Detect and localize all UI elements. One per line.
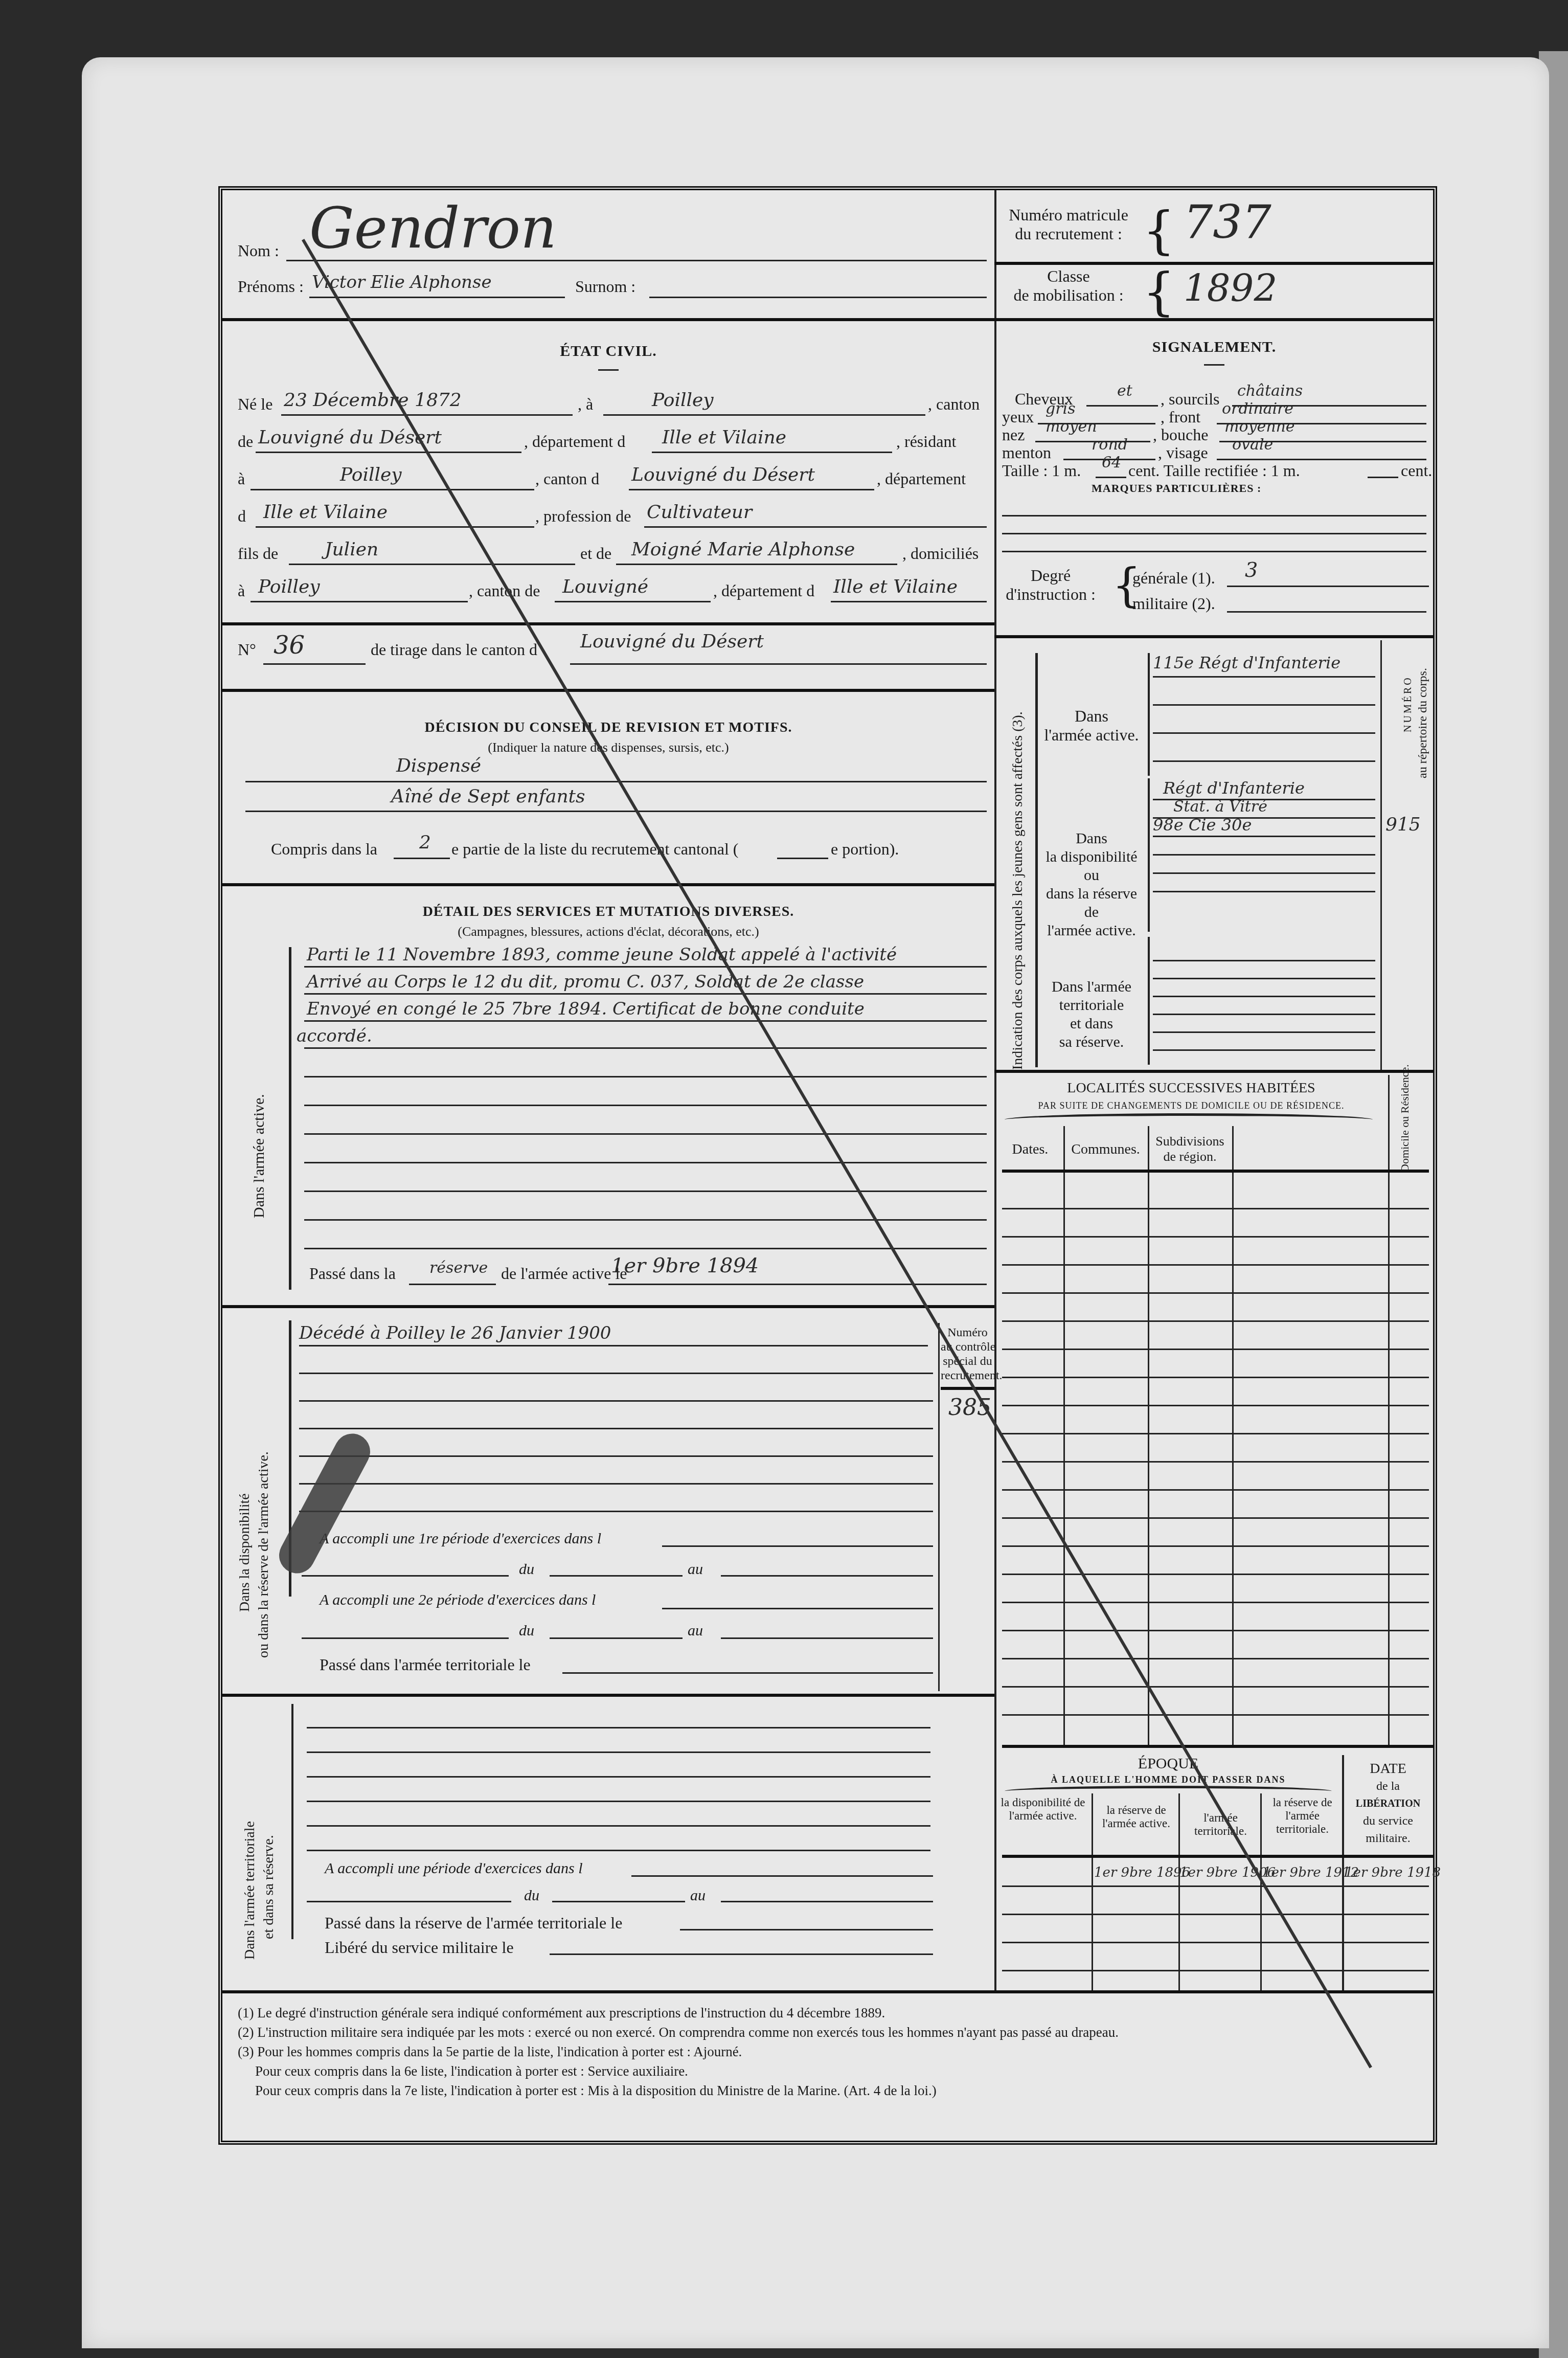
corps-dispo-label-1: Dans: [1040, 829, 1143, 848]
lieu-naissance: Poilley: [652, 390, 714, 411]
footnotes: (1) Le degré d'instruction générale sera…: [238, 2003, 1119, 2100]
epoque-col-disponibilite: la disponibilité de l'armée active.: [997, 1796, 1089, 1823]
controle-rule: [941, 1387, 994, 1390]
etat-civil-title: ÉTAT CIVIL.: [222, 343, 994, 360]
mere-line: [616, 564, 897, 565]
departement-naissance: Ille et Vilaine: [662, 427, 786, 448]
domicilies-label: , domiciliés: [902, 544, 979, 563]
services-brace: [289, 947, 291, 1290]
corps-active-rule-4: [1153, 760, 1375, 762]
mere: Moigné Marie Alphonse: [631, 539, 855, 560]
tirage-divider: [222, 689, 994, 692]
passe-territoriale-line: [562, 1672, 933, 1674]
localites-brace: [1005, 1113, 1373, 1126]
conseil-subtitle: (Indiquer la nature des dispenses, sursi…: [222, 740, 994, 755]
localites-row-rule: [1002, 1349, 1429, 1350]
footnote-2: (2) L'instruction militaire sera indiqué…: [238, 2023, 1119, 2042]
pere-line: [289, 564, 575, 565]
localites-row-rule: [1002, 1658, 1429, 1659]
signalement-rule: [1204, 364, 1224, 366]
col-subdivisions: Subdivisions de région.: [1148, 1134, 1232, 1164]
domicile-a-label: à: [238, 581, 245, 600]
profession-label: , profession de: [535, 507, 631, 526]
generale-label: générale (1).: [1132, 569, 1215, 588]
dispo-rule-4: [299, 1428, 933, 1429]
service-rule-1: [304, 966, 987, 968]
menton-value: rond: [1092, 436, 1128, 454]
generale-line: [1227, 586, 1429, 587]
passe-value-line: [409, 1284, 496, 1285]
cheveux-line: [1086, 405, 1158, 407]
title-rule: [598, 369, 619, 371]
localites-row-rule: [1002, 1292, 1429, 1294]
corps-terr-label-1: Dans l'armée: [1040, 978, 1143, 996]
localites-row-rule: [1002, 1320, 1429, 1322]
departement-suffix: , département: [877, 469, 966, 488]
instruction-divider: [994, 635, 1434, 638]
service-rule-10: [304, 1219, 987, 1221]
corps-brace: [1035, 653, 1038, 1067]
signalement-title: SIGNALEMENT.: [994, 339, 1434, 356]
epoque-col-territoriale: l'armée territoriale.: [1181, 1811, 1260, 1838]
matricule-label-line2: du recrutement :: [1002, 224, 1135, 243]
residant-label: , résidant: [896, 432, 956, 451]
portion-suffix: e portion).: [831, 840, 899, 859]
dispo-rule-5: [299, 1455, 933, 1457]
service-rule-11: [304, 1248, 987, 1249]
residant-a-label: à: [238, 469, 245, 488]
canton-domicile: Louvigné: [562, 576, 648, 597]
matricule-label: Numéro matricule du recrutement :: [1002, 206, 1135, 243]
et-de-label: et de: [580, 544, 611, 563]
corps-dispo-rule-6: [1153, 891, 1375, 892]
degre-label-2: d'instruction :: [999, 585, 1102, 604]
terr-du-line: [552, 1901, 685, 1902]
corps-dispo-brace: [1148, 778, 1150, 932]
terr-rule-5: [307, 1825, 930, 1827]
marques-label: MARQUES PARTICULIÈRES :: [1092, 482, 1261, 495]
compris-label: Compris dans la: [271, 840, 377, 859]
domicile: Poilley: [258, 576, 320, 597]
epoque-header-rule: [1002, 1855, 1434, 1858]
corps-terr-label-4: sa réserve.: [1040, 1033, 1143, 1051]
passe-reserve-territoriale-label: Passé dans la réserve de l'armée territo…: [325, 1914, 622, 1933]
degre-label-1: Degré: [999, 566, 1102, 585]
tirage-canton-line: [570, 663, 987, 665]
corps-dispo-line-2: Stat. à Vitré: [1173, 798, 1267, 816]
terr-au-label: au: [690, 1887, 706, 1904]
passe-value: réserve: [429, 1259, 488, 1277]
partie-value: 2: [419, 832, 431, 853]
nom-line: [286, 260, 987, 261]
etat-civil-divider: [222, 622, 994, 625]
corps-dispo-label-5: de: [1040, 903, 1143, 922]
periode2-label: A accompli une 2e période d'exercices da…: [320, 1591, 596, 1609]
service-rule-8: [304, 1162, 987, 1163]
localites-col-divider-2: [1148, 1126, 1149, 1745]
corps-terr-label-2: territoriale: [1040, 996, 1143, 1015]
nom-label: Nom :: [238, 241, 279, 260]
visage-value: ovale: [1232, 436, 1273, 454]
degre-label: Degré d'instruction :: [999, 566, 1102, 604]
corps-terr-rule-3: [1153, 996, 1375, 997]
corps-dispo-label-4: dans la réserve: [1040, 885, 1143, 903]
tirage-canton: Louvigné du Désert: [580, 631, 764, 652]
corps-side-label: Indication des corps auxquels les jeunes…: [1010, 711, 1026, 1070]
liberation-title-2: de la: [1345, 1778, 1431, 1795]
dispo-side-label-2: ou dans la réserve de l'armée active.: [256, 1451, 272, 1658]
service-rule-4: [304, 1047, 987, 1049]
epoque-title: ÉPOQUE: [999, 1755, 1337, 1772]
cent-end: cent.: [1401, 461, 1432, 480]
terr-rule-1: [307, 1727, 930, 1728]
service-rule-5: [304, 1076, 987, 1077]
conseil-rule-2: [245, 811, 987, 812]
corps-active-label-2: l'armée active.: [1040, 726, 1143, 745]
visage-label: , visage: [1158, 443, 1208, 462]
periode1-du-line-a: [302, 1575, 509, 1577]
periode1-line: [662, 1545, 933, 1547]
controle-label-1: Numéro: [941, 1326, 994, 1340]
epoque-col-divider-1: [1092, 1793, 1093, 1990]
conseil-title: DÉCISION DU CONSEIL DE REVISION ET MOTIF…: [222, 720, 994, 736]
canton-naissance-line: [256, 452, 521, 453]
matricule-divider: [994, 262, 1434, 265]
dispo-rule-3: [299, 1400, 933, 1402]
terr-au-line: [721, 1901, 933, 1902]
militaire-label: militaire (2).: [1132, 594, 1215, 613]
service-rule-3: [304, 1020, 987, 1022]
footnote-3: (3) Pour les hommes compris dans la 5e p…: [238, 2042, 1119, 2061]
dispo-side-label-1: Dans la disponibilité: [237, 1493, 253, 1612]
dispo-rule-7: [299, 1511, 933, 1512]
localites-row-rule: [1002, 1433, 1429, 1434]
corps-dispo-line-3: 98e Cie 30e: [1153, 815, 1252, 835]
corps-active-brace: [1148, 653, 1150, 776]
tirage-no-label: N°: [238, 640, 256, 659]
taille-value: 64: [1102, 454, 1121, 471]
visage-line: [1217, 459, 1426, 460]
nez-label: nez: [1002, 425, 1025, 444]
terr-periode-line: [631, 1875, 933, 1877]
epoque-row-rule-3: [1002, 1942, 1429, 1943]
liberation-title: DATE de la LIBÉRATION du service militai…: [1345, 1760, 1431, 1847]
epoque-brace: [1005, 1786, 1332, 1796]
corps-active-value: 115e Régt d'Infanterie: [1153, 653, 1340, 672]
services-title: DÉTAIL DES SERVICES ET MUTATIONS DIVERSE…: [222, 904, 994, 920]
canton-d-label: , canton d: [535, 469, 599, 488]
prenoms-value: Victor Elie Alphonse: [312, 272, 492, 293]
dispo-rule-1: [299, 1345, 928, 1346]
marques-rule-2: [1002, 533, 1426, 534]
passe-label: Passé dans la: [309, 1264, 396, 1283]
liberation-title-1: DATE: [1345, 1760, 1431, 1778]
terr-periode-label: A accompli une période d'exercices dans …: [325, 1860, 583, 1877]
service-line-4: accordé.: [297, 1026, 372, 1046]
corps-dispo-label: Dans la disponibilité ou dans la réserve…: [1040, 829, 1143, 940]
controle-label-3: spécial du: [941, 1354, 994, 1368]
passe-date-line: [608, 1284, 987, 1285]
taille-line: [1096, 477, 1126, 478]
corps-terr-label-3: et dans: [1040, 1015, 1143, 1033]
footnote-5: Pour ceux compris dans la 7e liste, l'in…: [238, 2081, 1119, 2100]
controle-divider: [938, 1323, 940, 1691]
footnote-divider: [222, 1990, 1434, 1993]
periode1-au-line: [721, 1575, 933, 1577]
cent-label: cent. Taille rectifiée : 1 m.: [1128, 461, 1300, 480]
bouche-label: , bouche: [1153, 425, 1208, 444]
libere-line: [550, 1953, 933, 1955]
corps-dispo-line-1: Régt d'Infanterie: [1163, 778, 1305, 798]
conseil-rule-1: [245, 781, 987, 782]
col-dates: Dates.: [997, 1141, 1063, 1158]
col-communes: Communes.: [1063, 1141, 1148, 1158]
epoque-value-reserve-active: 1er 9bre 1896: [1094, 1865, 1190, 1880]
epoque-col-divider-2: [1178, 1793, 1180, 1990]
corps-dispo-numero: 915: [1385, 814, 1421, 835]
terr-rule-6: [307, 1850, 930, 1851]
brace-icon: {: [1143, 262, 1175, 322]
localites-row-rule: [1002, 1405, 1429, 1406]
prenoms-line: [309, 297, 565, 298]
taille-rectifiee-line: [1368, 477, 1398, 478]
liberation-title-5: militaire.: [1345, 1830, 1431, 1847]
localites-row-rule: [1002, 1630, 1429, 1631]
portion-line: [777, 858, 828, 859]
terr-rule-2: [307, 1751, 930, 1753]
canton-residence: Louvigné du Désert: [631, 464, 815, 485]
compris-suffix: e partie de la liste du recrutement cant…: [451, 840, 739, 859]
localites-row-rule: [1002, 1714, 1429, 1716]
service-rule-2: [304, 993, 987, 995]
footnote-4: Pour ceux compris dans la 6e liste, l'in…: [238, 2061, 1119, 2081]
epoque-row-rule-1: [1002, 1885, 1429, 1887]
dispo-divider: [222, 1694, 994, 1697]
periode1-label: A accompli une 1re période d'exercices d…: [320, 1530, 601, 1547]
prenoms-label: Prénoms :: [238, 277, 304, 296]
matricule-label-line1: Numéro matricule: [1002, 206, 1135, 224]
classe-value: 1892: [1184, 267, 1277, 310]
menton-label: menton: [1002, 443, 1051, 462]
liberation-value: 1er 9bre 1918: [1345, 1865, 1441, 1880]
departement-residence-line: [256, 526, 534, 528]
militaire-line: [1227, 611, 1426, 613]
sourcils-value: châtains: [1237, 382, 1303, 400]
corps-terr-rule-1: [1153, 960, 1375, 961]
terr-rule-4: [307, 1801, 930, 1802]
terr-rule-3: [307, 1776, 930, 1778]
corps-active-rule-1: [1153, 676, 1375, 678]
lieu-naissance-line: [603, 414, 925, 416]
localites-col-divider-4: [1388, 1075, 1390, 1745]
header-divider-left: [222, 318, 994, 321]
terr-side-label-2: et dans sa réserve.: [261, 1835, 277, 1939]
brace-icon: {: [1143, 200, 1175, 260]
periode2-au-line: [721, 1637, 933, 1639]
services-subtitle: (Campagnes, blessures, actions d'éclat, …: [222, 924, 994, 939]
terr-brace: [291, 1704, 293, 1939]
periode1-au-label: au: [688, 1561, 703, 1578]
conseil-line2: Aîné de Sept enfants: [391, 786, 585, 807]
fils-de-label: fils de: [238, 544, 278, 563]
liberation-title-4: du service: [1345, 1812, 1431, 1830]
surnom-label: Surnom :: [575, 277, 635, 296]
conseil-line1: Dispensé: [396, 755, 481, 776]
periode2-du-line: [550, 1637, 683, 1639]
periode2-au-label: au: [688, 1622, 703, 1640]
service-rule-9: [304, 1191, 987, 1192]
canton-label: , canton: [928, 395, 980, 414]
services-divider: [222, 1305, 994, 1308]
corps-terr-brace: [1148, 937, 1150, 1065]
partie-line: [394, 858, 450, 859]
d-label: d: [238, 507, 246, 526]
de-label: de: [238, 432, 253, 451]
libere-label: Libéré du service militaire le: [325, 1938, 514, 1957]
ne-le-label: Né le: [238, 395, 272, 414]
tirage-no: 36: [274, 631, 305, 660]
yeux-label: yeux: [1002, 408, 1034, 426]
service-rule-6: [304, 1105, 987, 1106]
nez-value: moyen: [1046, 418, 1097, 436]
periode2-line: [662, 1608, 933, 1609]
epoque-col-reserve-active: la réserve de l'armée active.: [1094, 1804, 1178, 1830]
corps-dispo-label-2: la disponibilité: [1040, 848, 1143, 866]
localites-row-rule: [1002, 1377, 1429, 1378]
nom-value: Gendron: [309, 195, 557, 261]
departement-label: , département d: [524, 432, 625, 451]
tirage-no-line: [263, 663, 366, 665]
corps-dispo-label-6: l'armée active.: [1040, 922, 1143, 940]
departement-residence: Ille et Vilaine: [263, 502, 388, 523]
corps-dispo-rule-3: [1153, 836, 1375, 837]
epoque-col-divider-3: [1260, 1793, 1262, 1990]
localites-col-divider-1: [1063, 1126, 1065, 1745]
services-side-label: Dans l'armée active.: [251, 1094, 268, 1218]
localites-subtitle: PAR SUITE DE CHANGEMENTS DE DOMICILE OU …: [994, 1101, 1388, 1111]
localites-row-rule: [1002, 1574, 1429, 1575]
a-label: , à: [578, 395, 593, 414]
localites-row-rule: [1002, 1602, 1429, 1603]
localites-row-rule: [1002, 1264, 1429, 1266]
armee-active-label: de l'armée active le: [501, 1264, 627, 1283]
localites-bottom-rule: [1002, 1745, 1434, 1748]
localites-row-rule: [1002, 1517, 1429, 1519]
localites-title: LOCALITÉS SUCCESSIVES HABITÉES: [994, 1080, 1388, 1096]
footnote-1: (1) Le degré d'instruction générale sera…: [238, 2003, 1119, 2023]
passe-reserve-territoriale-line: [680, 1929, 933, 1930]
passe-territoriale-label: Passé dans l'armée territoriale le: [320, 1655, 531, 1674]
profession: Cultivateur: [647, 502, 752, 523]
epoque-row-rule-4: [1002, 1970, 1429, 1971]
corps-terr-rule-4: [1153, 1014, 1375, 1015]
passe-date: 1er 9bre 1894: [611, 1254, 759, 1277]
localites-row-rule: [1002, 1208, 1429, 1209]
conseil-divider: [222, 883, 994, 886]
localites-row-rule: [1002, 1489, 1429, 1491]
corps-active-rule-2: [1153, 704, 1375, 706]
dispo-rule-2: [299, 1373, 933, 1374]
matricule-value: 737: [1184, 195, 1271, 249]
classe-label-line1: Classe: [1002, 267, 1135, 286]
periode2-du-line-a: [302, 1637, 509, 1639]
service-rule-7: [304, 1133, 987, 1135]
deces-line: Décédé à Poilley le 26 Janvier 1900: [299, 1323, 611, 1343]
taille-label: Taille : 1 m.: [1002, 461, 1081, 480]
departement-domicile: Ille et Vilaine: [833, 576, 958, 597]
corps-terr-rule-2: [1153, 978, 1375, 979]
pere: Julien: [325, 539, 378, 560]
residence: Poilley: [340, 464, 402, 485]
domicile-line: [251, 601, 468, 602]
localites-row-rule: [1002, 1236, 1429, 1238]
periode1-du-label: du: [519, 1561, 534, 1578]
terr-du-label: du: [524, 1887, 539, 1904]
periode2-du-label: du: [519, 1622, 534, 1640]
corps-territoriale-label: Dans l'armée territoriale et dans sa rés…: [1040, 978, 1143, 1051]
epoque-subtitle: À LAQUELLE L'HOMME DOIT PASSER DANS: [999, 1775, 1337, 1785]
residence-line: [251, 489, 534, 490]
classe-label-line2: de mobilisation :: [1002, 286, 1135, 305]
classe-label: Classe de mobilisation :: [1002, 267, 1135, 305]
epoque-row-rule-2: [1002, 1914, 1429, 1915]
sourcils-label: , sourcils: [1161, 390, 1220, 409]
bouche-value: moyenne: [1224, 418, 1295, 436]
col-domicile: Domicile ou Résidence.: [1398, 1064, 1412, 1172]
generale-value: 3: [1245, 558, 1258, 582]
departement-d-label: , département d: [713, 581, 814, 600]
repertoire-divider: [1380, 640, 1382, 1070]
corps-dispo-rule-4: [1153, 854, 1375, 856]
repertoire-label-2: au répertoire du corps.: [1416, 668, 1430, 778]
front-value: ordinaire: [1222, 400, 1293, 418]
departement-naissance-line: [652, 452, 892, 453]
corps-dispo-rule-5: [1153, 872, 1375, 874]
profession-line: [644, 526, 987, 528]
canton-residence-line: [629, 489, 874, 490]
localites-col-divider-3: [1232, 1126, 1234, 1745]
matricule-form: Nom : Gendron Prénoms : Victor Elie Alph…: [218, 186, 1437, 2145]
departement-domicile-line: [831, 601, 987, 602]
service-line-2: Arrivé au Corps le 12 du dit, promu C. 0…: [307, 972, 864, 992]
corps-active-label: Dans l'armée active.: [1040, 707, 1143, 745]
tirage-label: de tirage dans le canton d: [371, 640, 537, 659]
localites-row-rule: [1002, 1461, 1429, 1463]
corps-divider: [994, 1070, 1434, 1073]
service-line-1: Parti le 11 Novembre 1893, comme jeune S…: [307, 945, 897, 965]
terr-du-line-a: [307, 1901, 511, 1902]
canton-domicile-line: [555, 601, 711, 602]
front-label: , front: [1161, 408, 1200, 426]
terr-side-label-1: Dans l'armée territoriale: [242, 1821, 258, 1960]
corps-dispo-label-3: ou: [1040, 866, 1143, 885]
date-naissance-line: [281, 414, 573, 416]
service-line-3: Envoyé en congé le 25 7bre 1894. Certifi…: [307, 999, 865, 1019]
header-divider-right: [994, 318, 1434, 321]
date-naissance: 23 Décembre 1872: [284, 390, 462, 411]
corps-terr-rule-6: [1153, 1049, 1375, 1051]
marques-rule-1: [1002, 515, 1426, 516]
corps-active-label-1: Dans: [1040, 707, 1143, 726]
surnom-line: [649, 297, 987, 298]
corps-active-rule-3: [1153, 732, 1375, 734]
dispo-rule-6: [299, 1483, 933, 1485]
cheveux-value: et: [1117, 382, 1132, 400]
localites-header-rule: [1002, 1170, 1429, 1173]
liberation-title-3: LIBÉRATION: [1345, 1795, 1431, 1812]
repertoire-label-1: NUMÉRO: [1402, 676, 1414, 732]
localites-row-rule: [1002, 1686, 1429, 1688]
